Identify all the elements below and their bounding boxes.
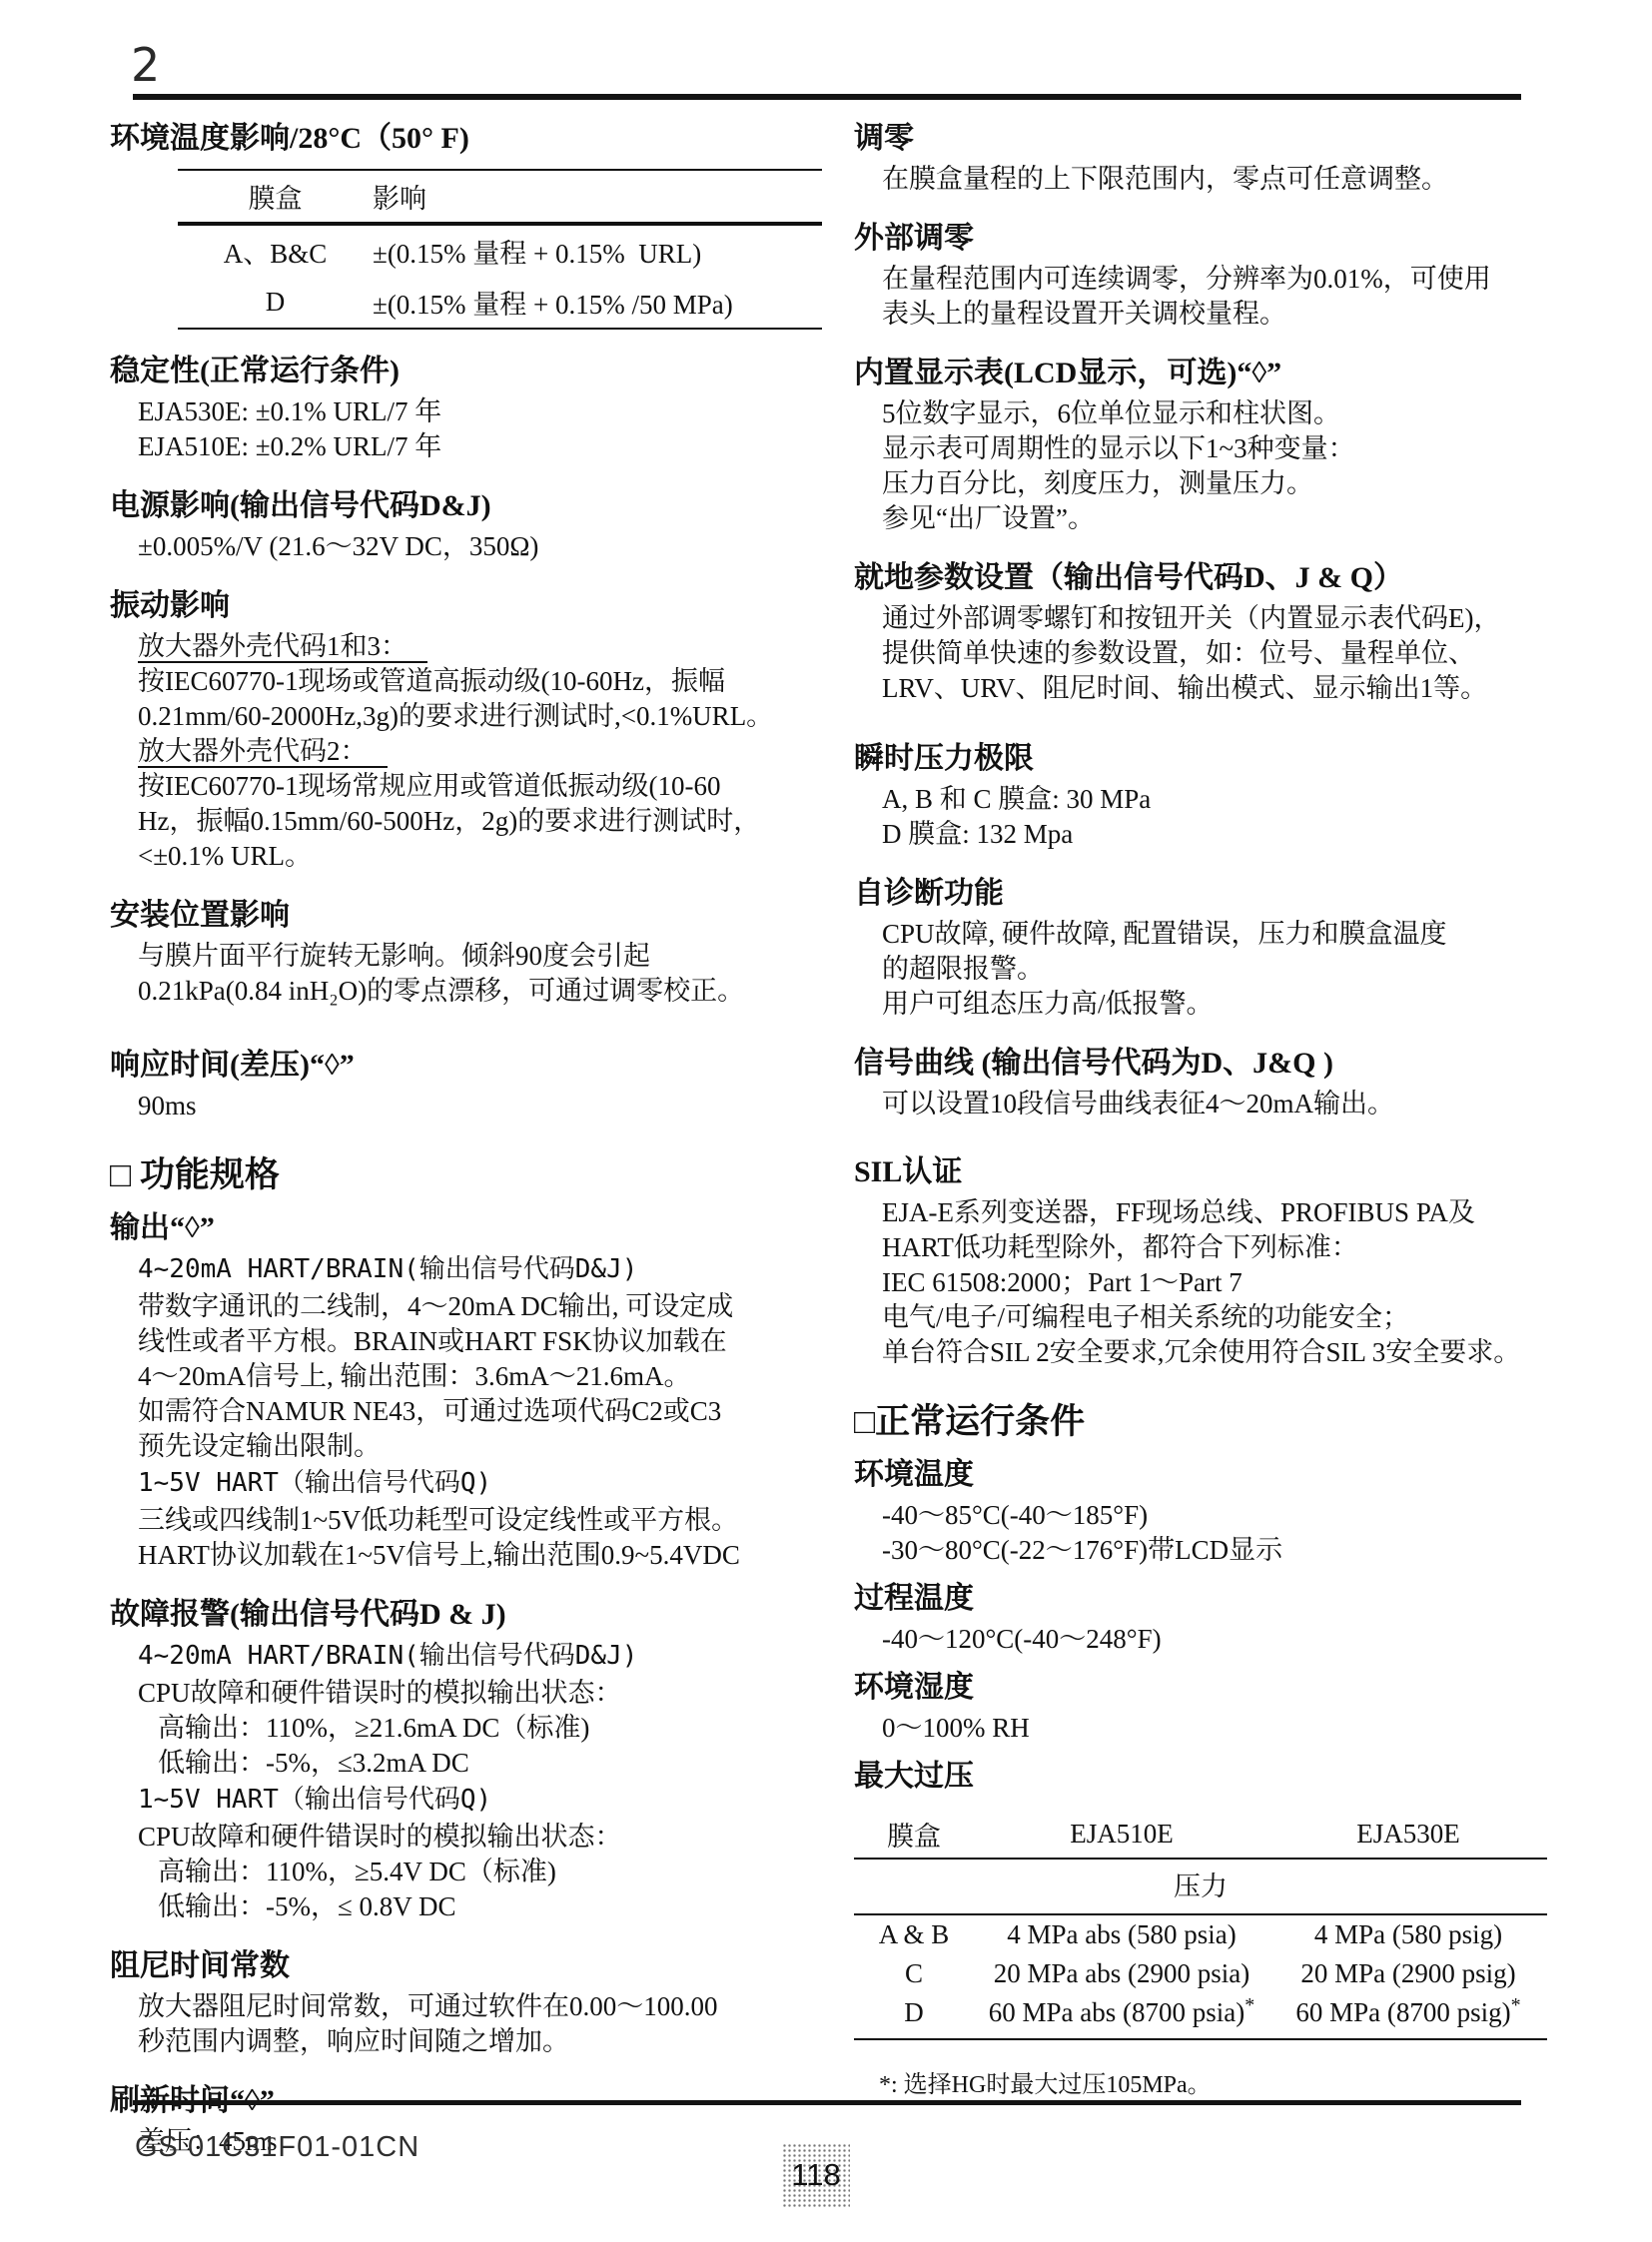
body-line: 在量程范围内可连续调零，分辨率为0.01%，可使用 — [882, 262, 1553, 297]
footer-rule — [133, 2100, 1521, 2105]
body-line: 低输出：-5%，≤3.2mA DC — [158, 1746, 837, 1781]
footnote-marker: * — [1244, 1994, 1254, 2016]
section-heading-signal-characterizer: 信号曲线 (输出信号代码为D、J&Q ) — [854, 1045, 1553, 1082]
table-cell: 4 MPa (580 psig) — [1269, 1914, 1547, 1954]
body-line: -40～85°C(-40～185°F) — [882, 1498, 1553, 1533]
chapter-heading-normal-operating-conditions: □正常运行条件 — [854, 1400, 1553, 1444]
body-line: 带数字通讯的二线制，4～20mA DC输出, 可设定成 — [138, 1289, 837, 1324]
body-line: <±0.1% URL。 — [138, 839, 837, 874]
body-line: 按IEC60770-1现场或管道高振动级(10-60Hz，振幅 — [138, 664, 837, 699]
body-line: EJA510E: ±0.2% URL/7 年 — [138, 429, 837, 464]
body-line: HART协议加载在1~5V信号上,输出范围0.9~5.4VDC — [138, 1538, 837, 1573]
body-line-underlined: 放大器外壳代码2： — [138, 734, 837, 769]
table-title: 压力 — [854, 1859, 1547, 1914]
body-line: CPU故障和硬件错误时的模拟输出状态： — [138, 1676, 837, 1711]
body-line: 与膜片面平行旋转无影响。倾斜90度会引起 — [138, 939, 837, 974]
body-line: 参见“出厂设置”。 — [882, 501, 1553, 536]
table-header-row: 膜盒 EJA510E EJA530E — [854, 1811, 1547, 1859]
body-line: 如需符合NAMUR NE43，可通过选项代码C2或C3 — [138, 1394, 837, 1429]
subheading-output-1-5v: 1~5V HART（输出信号代码Q) — [138, 1465, 837, 1502]
section-heading-ambient-temperature: 环境温度 — [854, 1456, 1553, 1493]
right-column: 调零 在膜盒量程的上下限范围内，零点可任意调整。 外部调零 在量程范围内可连续调… — [854, 112, 1553, 2100]
body-line: 提供简单快速的参数设置，如：位号、量程单位、 — [882, 636, 1553, 671]
subheading-alarm-1-5v: 1~5V HART（输出信号代码Q) — [138, 1782, 837, 1819]
section-heading-output: 输出“◊” — [110, 1209, 837, 1246]
body-line: 按IEC60770-1现场常规应用或管道低振动级(10-60 — [138, 769, 837, 804]
ambient-temp-effect-table: 膜盒 影响 A、B&C ±(0.15% 量程 + 0.15% URL) D ±(… — [178, 169, 822, 330]
datasheet-page: 2 环境温度影响/28°C（50° F) 膜盒 影响 A、B&C ±(0.15%… — [0, 0, 1652, 2242]
table-cell: A、B&C — [178, 224, 373, 277]
body-line: 预先设定输出限制。 — [138, 1429, 837, 1464]
body-line: 放大器阻尼时间常数，可通过软件在0.00～100.00 — [138, 1989, 837, 2024]
footnote-marker: * — [1511, 1994, 1521, 2016]
chapter-heading-functional-specs: □ 功能规格 — [110, 1153, 837, 1197]
section-heading-max-overpressure: 最大过压 — [854, 1758, 1553, 1795]
table-cell: 4 MPa abs (580 psia) — [974, 1914, 1269, 1954]
body-line: D 膜盒: 132 Mpa — [882, 817, 1553, 852]
body-line: 通过外部调零螺钉和按钮开关（内置显示表代码E)， — [882, 601, 1553, 636]
body-line: 90ms — [138, 1089, 837, 1123]
table-cell: 60 MPa abs (8700 psia)* — [974, 1993, 1269, 2039]
body-line: -30～80°C(-22～176°F)带LCD显示 — [882, 1533, 1553, 1568]
page-number-bottom: 118 — [782, 2143, 850, 2207]
table-cell: D — [854, 1993, 974, 2039]
section-heading-process-temperature: 过程温度 — [854, 1580, 1553, 1617]
max-overpressure-table: 压力 膜盒 EJA510E EJA530E A & B 4 MPa abs (5… — [854, 1811, 1547, 2040]
body-line: EJA-E系列变送器，FF现场总线、PROFIBUS PA及 — [882, 1195, 1553, 1230]
section-heading-zero-adjust: 调零 — [854, 120, 1553, 157]
table-row: D 60 MPa abs (8700 psia)* 60 MPa (8700 p… — [854, 1993, 1547, 2039]
section-heading-ambient-humidity: 环境湿度 — [854, 1669, 1553, 1706]
table-header-eja510e: EJA510E — [974, 1811, 1269, 1859]
table-header-capsule: 膜盒 — [854, 1811, 974, 1859]
body-line: 表头上的量程设置开关调校量程。 — [882, 297, 1553, 332]
body-line: 5位数字显示，6位单位显示和柱状图。 — [882, 396, 1553, 431]
body-line: 线性或者平方根。BRAIN或HART FSK协议加载在 — [138, 1324, 837, 1359]
body-line-underlined: 放大器外壳代码1和3： — [138, 629, 837, 664]
table-cell: D — [178, 277, 373, 329]
body-line: -40～120°C(-40～248°F) — [882, 1622, 1553, 1657]
section-heading-response-time: 响应时间(差压)“◊” — [110, 1047, 837, 1084]
section-heading-damping-time-constant: 阻尼时间常数 — [110, 1947, 837, 1984]
section-heading-self-diagnostics: 自诊断功能 — [854, 875, 1553, 912]
body-line: IEC 61508:2000；Part 1～Part 7 — [882, 1265, 1553, 1300]
table-cell: 60 MPa (8700 psig)* — [1269, 1993, 1547, 2039]
body-line: 压力百分比，刻度压力，测量压力。 — [882, 466, 1553, 501]
page-number-top: 2 — [131, 38, 160, 92]
section-heading-external-zero-adjust: 外部调零 — [854, 220, 1553, 257]
body-line: 4～20mA信号上, 输出范围：3.6mA～21.6mA。 — [138, 1359, 837, 1394]
body-line: 0.21mm/60-2000Hz,3g)的要求进行测试时,<0.1%URL。 — [138, 699, 837, 734]
left-column: 环境温度影响/28°C（50° F) 膜盒 影响 A、B&C ±(0.15% 量… — [110, 112, 837, 2159]
body-line: ±0.005%/V (21.6～32V DC，350Ω) — [138, 529, 837, 564]
body-line: 高输出：110%，≥5.4V DC（标准) — [158, 1855, 837, 1889]
body-line: 的超限报警。 — [882, 952, 1553, 987]
body-line: EJA530E: ±0.1% URL/7 年 — [138, 394, 837, 429]
body-line: A, B 和 C 膜盒: 30 MPa — [882, 782, 1553, 817]
body-line: 三线或四线制1~5V低功耗型可设定线性或平方根。 — [138, 1503, 837, 1538]
table-header-row: 膜盒 影响 — [178, 170, 822, 224]
body-line: 单台符合SIL 2安全要求,冗余使用符合SIL 3安全要求。 — [882, 1335, 1553, 1370]
table-header-effect: 影响 — [373, 170, 822, 224]
body-line: 高输出：110%，≥21.6mA DC（标准) — [158, 1711, 837, 1746]
table-title-row: 压力 — [854, 1859, 1547, 1914]
section-heading-vibration-effect: 振动影响 — [110, 587, 837, 624]
section-heading-failure-alarm: 故障报警(输出信号代码D & J) — [110, 1596, 837, 1633]
table-cell: 20 MPa (2900 psig) — [1269, 1954, 1547, 1993]
body-line: 在膜盒量程的上下限范围内，零点可任意调整。 — [882, 162, 1553, 197]
body-line: CPU故障和硬件错误时的模拟输出状态： — [138, 1820, 837, 1855]
table-cell: 20 MPa abs (2900 psia) — [974, 1954, 1269, 1993]
document-number: GS 01C31F01-01CN — [135, 2131, 419, 2164]
table-row: D ±(0.15% 量程 + 0.15% /50 MPa) — [178, 277, 822, 329]
table-footnote: *: 选择HG时最大过压105MPa。 — [879, 2070, 1553, 2100]
subheading-alarm-4-20ma: 4~20mA HART/BRAIN(输出信号代码D&J) — [138, 1638, 837, 1675]
body-line: HART低功耗型除外，都符合下列标准： — [882, 1230, 1553, 1265]
table-row: A & B 4 MPa abs (580 psia) 4 MPa (580 ps… — [854, 1914, 1547, 1954]
body-line: 0～100% RH — [882, 1711, 1553, 1746]
body-line: 低输出：-5%，≤ 0.8V DC — [158, 1889, 837, 1924]
table-cell: ±(0.15% 量程 + 0.15% /50 MPa) — [373, 277, 822, 329]
body-line: 0.21kPa(0.84 inH₂O)的零点漂移，可通过调零校正。 — [138, 974, 837, 1009]
section-heading-sil-certification: SIL认证 — [854, 1153, 1553, 1190]
table-header-capsule: 膜盒 — [178, 170, 373, 224]
section-heading-transient-pressure-limit: 瞬时压力极限 — [854, 740, 1553, 777]
section-heading-ambient-temp-effect: 环境温度影响/28°C（50° F) — [110, 120, 837, 157]
body-line: LRV、URV、阻尼时间、输出模式、显示输出1等。 — [882, 671, 1553, 706]
body-line: 用户可组态压力高/低报警。 — [882, 987, 1553, 1022]
body-line: CPU故障, 硬件故障, 配置错误，压力和膜盒温度 — [882, 917, 1553, 952]
subheading-output-4-20ma: 4~20mA HART/BRAIN(输出信号代码D&J) — [138, 1251, 837, 1288]
table-cell: ±(0.15% 量程 + 0.15% URL) — [373, 224, 822, 277]
body-line: Hz，振幅0.15mm/60-500Hz，2g)的要求进行测试时， — [138, 804, 837, 839]
table-row: C 20 MPa abs (2900 psia) 20 MPa (2900 ps… — [854, 1954, 1547, 1993]
body-line: 电气/电子/可编程电子相关系统的功能安全； — [882, 1300, 1553, 1335]
section-heading-power-supply-effect: 电源影响(输出信号代码D&J) — [110, 487, 837, 524]
section-heading-mounting-position-effect: 安装位置影响 — [110, 897, 837, 934]
section-heading-integral-indicator: 内置显示表(LCD显示，可选)“◊” — [854, 355, 1553, 391]
body-line: 显示表可周期性的显示以下1~3种变量： — [882, 431, 1553, 466]
section-heading-stability: 稳定性(正常运行条件) — [110, 353, 837, 389]
body-line: 秒范围内调整，响应时间随之增加。 — [138, 2024, 837, 2059]
body-line: 可以设置10段信号曲线表征4～20mA输出。 — [882, 1087, 1553, 1121]
table-cell: A & B — [854, 1914, 974, 1954]
section-heading-local-parameter-setting: 就地参数设置（输出信号代码D、J & Q） — [854, 559, 1553, 596]
table-header-eja530e: EJA530E — [1269, 1811, 1547, 1859]
header-rule — [133, 94, 1521, 100]
table-cell: C — [854, 1954, 974, 1993]
table-row: A、B&C ±(0.15% 量程 + 0.15% URL) — [178, 224, 822, 277]
